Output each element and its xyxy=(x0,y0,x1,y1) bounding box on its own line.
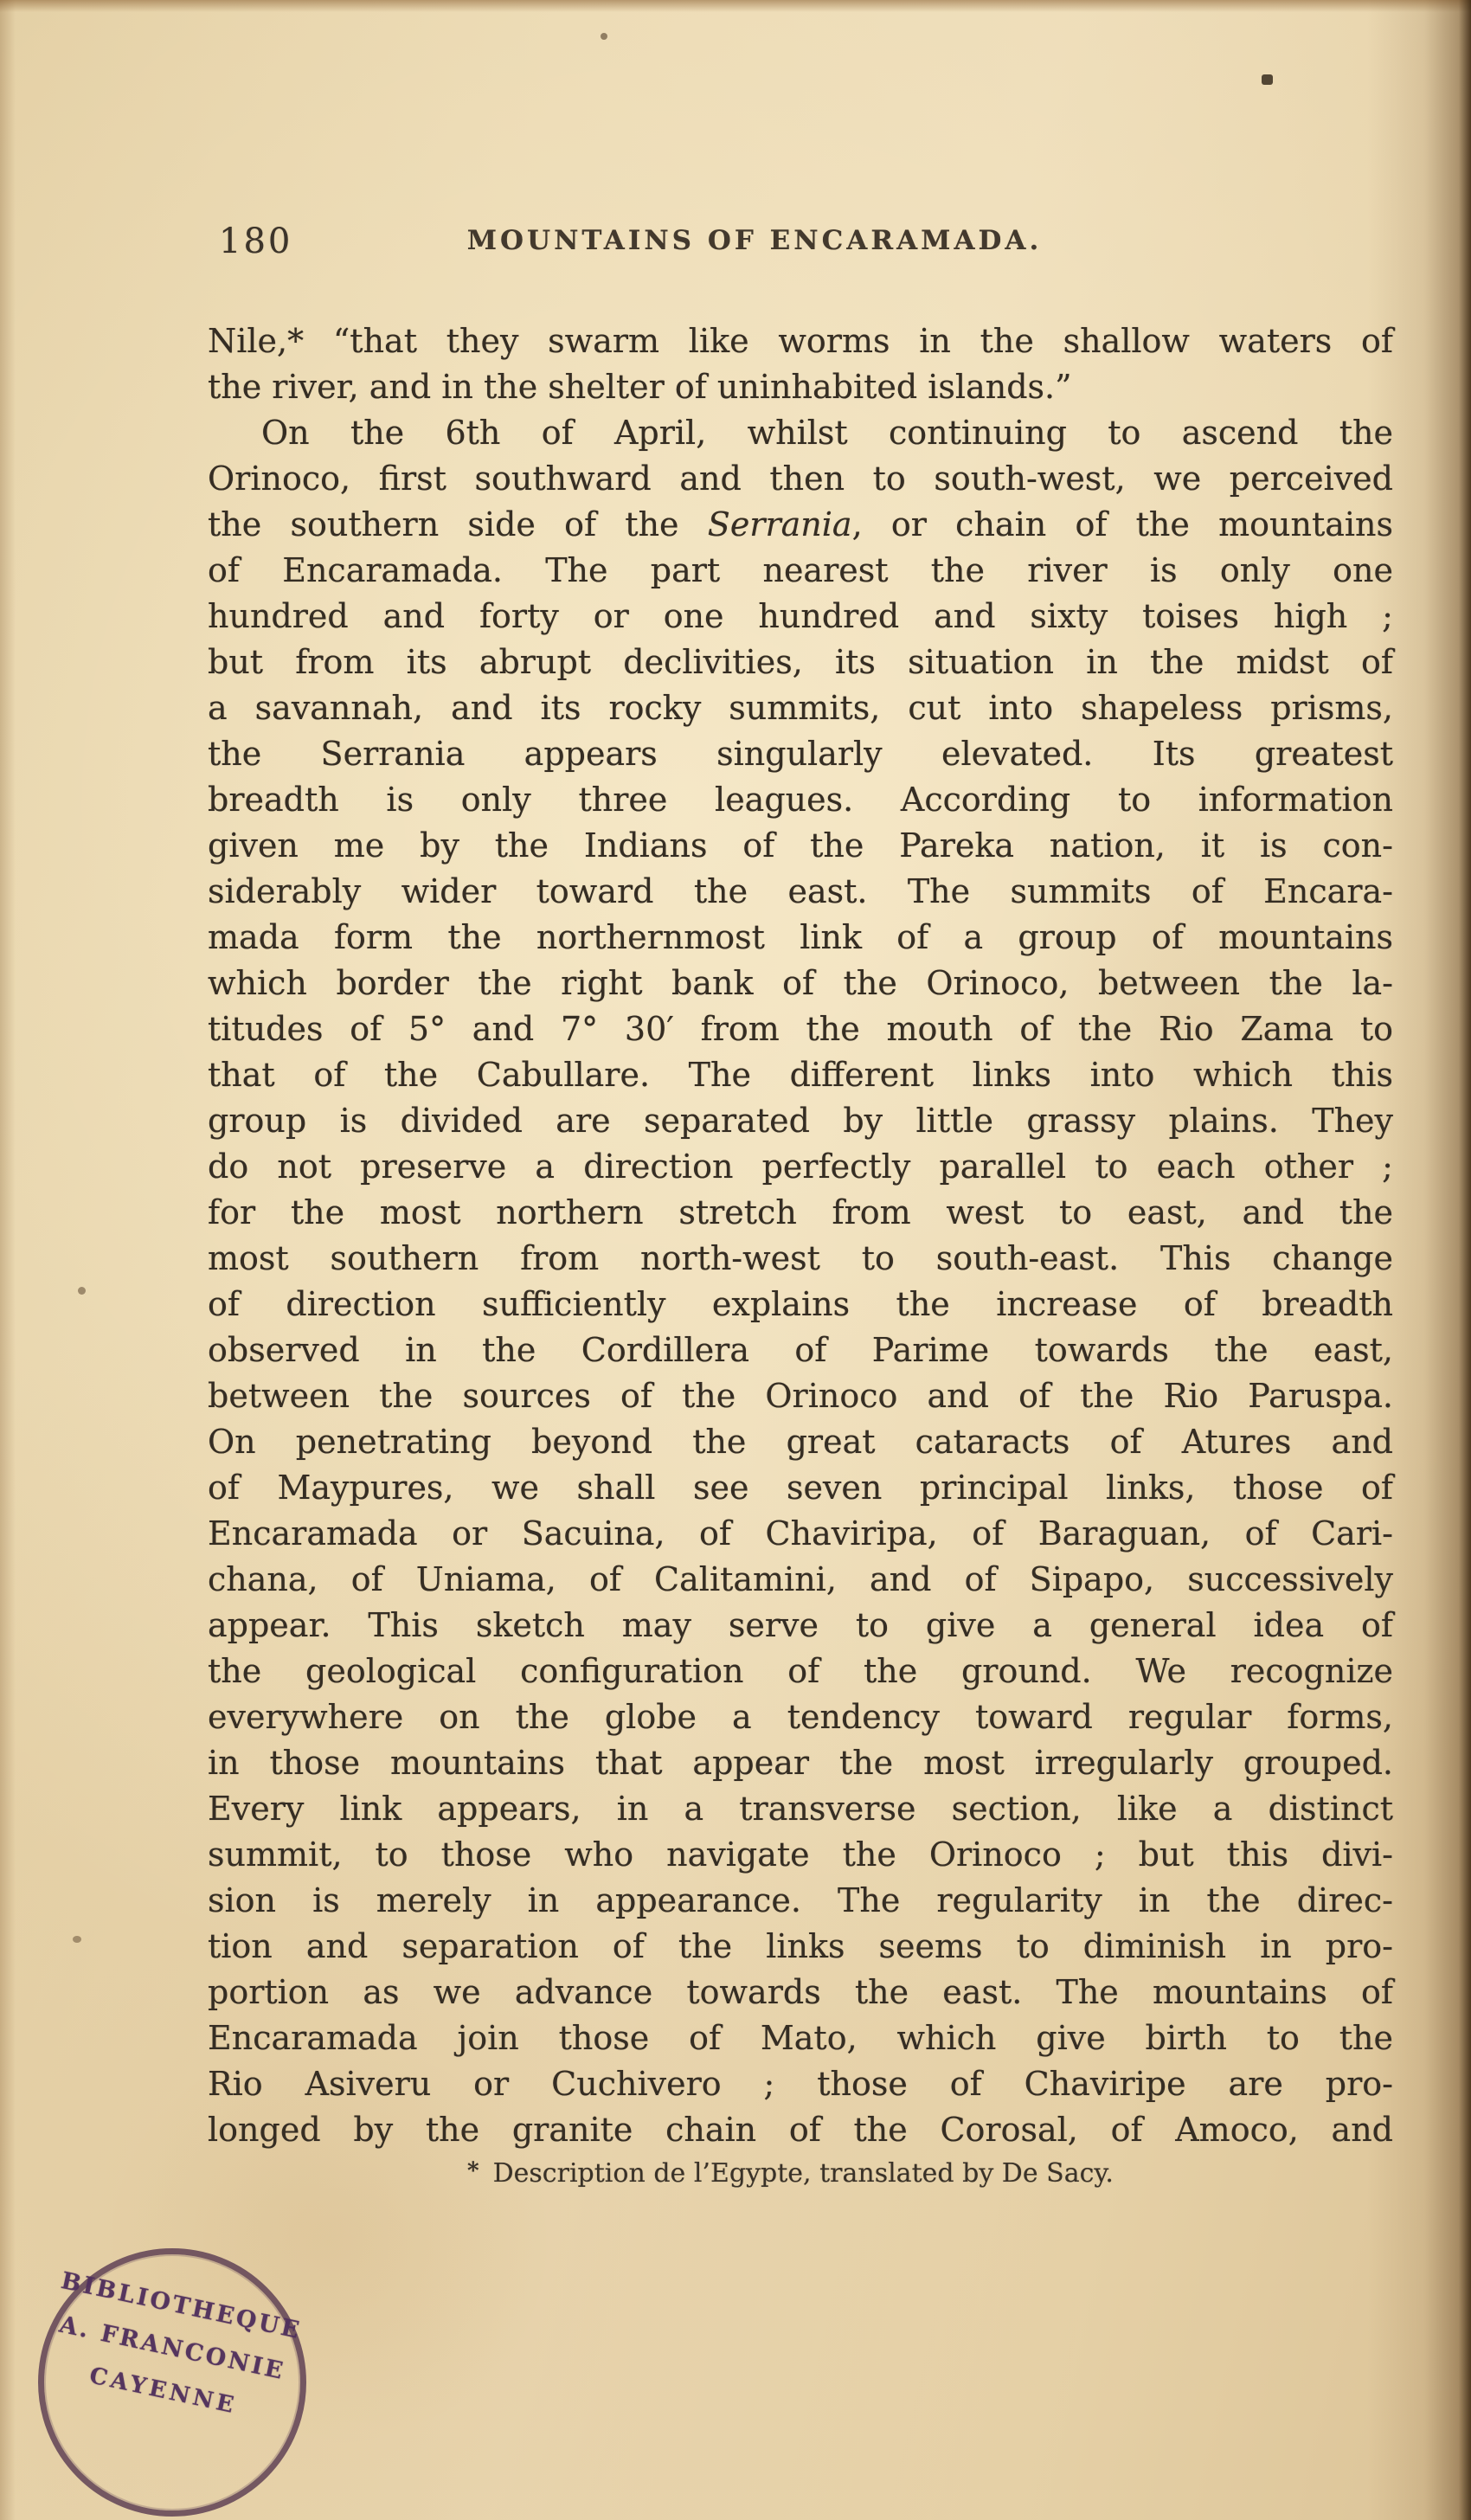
book-page: 180 MOUNTAINS OF ENCARAMADA. Nile,* “tha… xyxy=(0,0,1471,2520)
text-line: but from its abrupt declivities, its sit… xyxy=(208,640,1393,685)
text-line: Nile,* “that they swarm like worms in th… xyxy=(208,318,1393,364)
text-line: the river, and in the shelter of uninhab… xyxy=(208,364,1393,410)
text-line: of Encaramada. The part nearest the rive… xyxy=(208,548,1393,594)
text-line: that of the Cabullare. The different lin… xyxy=(208,1052,1393,1098)
ink-speck xyxy=(1262,74,1273,85)
footnote-marker: * xyxy=(467,2158,479,2184)
text-line: do not preserve a direction perfectly pa… xyxy=(208,1144,1393,1190)
text-line: the geological configuration of the grou… xyxy=(208,1649,1393,1694)
library-stamp-text: BIBLIOTHEQUE A. FRANCONIE CAYENNE xyxy=(25,2257,319,2440)
text-line: longed by the granite chain of the Coros… xyxy=(208,2107,1393,2153)
text-line: titudes of 5° and 7° 30′ from the mouth … xyxy=(208,1006,1393,1052)
ink-speck xyxy=(601,33,607,40)
text-line: Every link appears, in a transverse sect… xyxy=(208,1786,1393,1832)
text-line: mada form the northernmost link of a gro… xyxy=(208,915,1393,961)
ink-speck xyxy=(73,1936,81,1943)
text-line: hundred and forty or one hundred and six… xyxy=(208,594,1393,640)
text-line: between the sources of the Orinoco and o… xyxy=(208,1373,1393,1419)
text-line: sion is merely in appearance. The regula… xyxy=(208,1878,1393,1924)
text-line: Orinoco, first southward and then to sou… xyxy=(208,456,1393,502)
text-line: most southern from north-west to south-e… xyxy=(208,1236,1393,1282)
text-line: On the 6th of April, whilst continuing t… xyxy=(208,410,1393,456)
text-line: of Maypures, we shall see seven principa… xyxy=(208,1465,1393,1511)
running-title: MOUNTAINS OF ENCARAMADA. xyxy=(19,225,1471,256)
page-edge-shadow-left xyxy=(0,0,16,2520)
text-line: summit, to those who navigate the Orinoc… xyxy=(208,1832,1393,1878)
page-edge-shadow-top xyxy=(0,0,1471,12)
text-line: Encaramada or Sacuina, of Chaviripa, of … xyxy=(208,1511,1393,1557)
text-line: portion as we advance towards the east. … xyxy=(208,1970,1393,2015)
text-line: which border the right bank of the Orino… xyxy=(208,961,1393,1006)
text-line: in those mountains that appear the most … xyxy=(208,1740,1393,1786)
text-line: tion and separation of the links seems t… xyxy=(208,1924,1393,1970)
text-line: for the most northern stretch from west … xyxy=(208,1190,1393,1236)
text-line: a savannah, and its rocky summits, cut i… xyxy=(208,685,1393,731)
text-line: given me by the Indians of the Pareka na… xyxy=(208,823,1393,869)
footnote: *Description de l’Egypte, translated by … xyxy=(467,2158,1114,2189)
text-line: On penetrating beyond the great cataract… xyxy=(208,1419,1393,1465)
text-line: the southern side of the Serrania, or ch… xyxy=(208,502,1393,548)
library-stamp: BIBLIOTHEQUE A. FRANCONIE CAYENNE xyxy=(38,2248,306,2517)
body-text: Nile,* “that they swarm like worms in th… xyxy=(208,318,1393,2153)
text-line: siderably wider toward the east. The sum… xyxy=(208,869,1393,915)
footnote-text: Description de l’Egypte, translated by D… xyxy=(493,2158,1114,2189)
text-line: appear. This sketch may serve to give a … xyxy=(208,1603,1393,1649)
text-line: Rio Asiveru or Cuchivero ; those of Chav… xyxy=(208,2061,1393,2107)
text-line: everywhere on the globe a tendency towar… xyxy=(208,1694,1393,1740)
text-line: of direction sufficiently explains the i… xyxy=(208,1282,1393,1327)
ink-speck xyxy=(78,1287,86,1295)
text-line: chana, of Uniama, of Calitamini, and of … xyxy=(208,1557,1393,1603)
text-line: observed in the Cordillera of Parime tow… xyxy=(208,1327,1393,1373)
text-line: Encaramada join those of Mato, which giv… xyxy=(208,2015,1393,2061)
text-line: group is divided are separated by little… xyxy=(208,1098,1393,1144)
text-line: the Serrania appears singularly elevated… xyxy=(208,731,1393,777)
text-line: breadth is only three leagues. According… xyxy=(208,777,1393,823)
